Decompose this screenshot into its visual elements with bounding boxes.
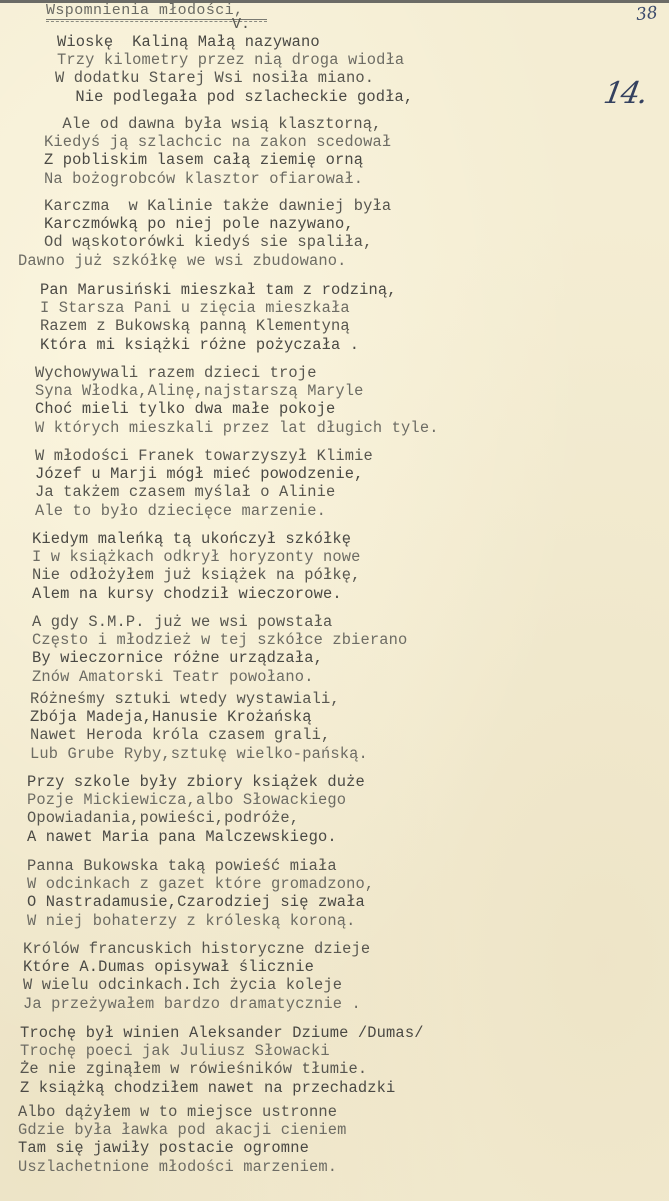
- poem-line: Które A.Dumas opisywał ślicznie: [23, 958, 370, 976]
- poem-line: Z pobliskim lasem całą ziemię orną: [44, 151, 391, 169]
- stanza: Karczma w Kalinie także dawniej byłaKarc…: [44, 197, 391, 270]
- chapter-number: V.: [232, 17, 250, 33]
- stanza: A gdy S.M.P. już we wsi powstałaCzęsto i…: [32, 613, 407, 686]
- stanza: Wioskę Kaliną Małą nazywanoTrzy kilometr…: [57, 33, 413, 106]
- stanza: Albo dążyłem w to miejsce ustronneGdzie …: [18, 1103, 347, 1176]
- poem-line: A gdy S.M.P. już we wsi powstała: [32, 613, 407, 631]
- poem-line: Karczmówką po niej pole nazywano,: [44, 215, 391, 233]
- poem-line: W których mieszkali przez lat długich ty…: [35, 419, 439, 437]
- poem-line: Syna Włodka,Alinę,najstarszą Maryle: [35, 382, 439, 400]
- poem-line: O Nastradamusie,Czarodziej się zwała: [27, 893, 374, 911]
- poem-line: Dawno już szkółkę we wsi zbudowano.: [18, 252, 391, 270]
- poem-line: Choć mieli tylko dwa małe pokoje: [35, 400, 439, 418]
- stanza: Trochę był winien Aleksander Dziume /Dum…: [20, 1024, 424, 1097]
- stanza: Kiedym maleńką tą ukończył szkółkęI w ks…: [32, 530, 361, 603]
- poem-line: Przy szkole były zbiory książek duże: [27, 773, 365, 791]
- poem-line: By wieczornice różne urządzała,: [32, 649, 407, 667]
- poem-line: Ja takżem czasem myślał o Alinie: [35, 483, 373, 501]
- poem-line: Józef u Marji mógł mieć powodzenie,: [35, 465, 373, 483]
- poem-line: Z książką chodziłem nawet na przechadzki: [20, 1079, 424, 1097]
- stanza: Królów francuskich historyczne dziejeKtó…: [23, 940, 370, 1013]
- poem-line: Pozje Mickiewicza,albo Słowackiego: [27, 791, 365, 809]
- poem-line: Że nie zginąłem w rówieśników tłumie.: [20, 1060, 424, 1078]
- poem-line: Trzy kilometry przez nią droga wiodła: [57, 51, 413, 69]
- poem-line: Kiedyś ją szlachcic na zakon scedował: [44, 133, 391, 151]
- poem-line: Która mi książki różne pożyczała .: [40, 336, 397, 354]
- poem-line: Często i młodzież w tej szkółce zbierano: [32, 631, 407, 649]
- poem-line: Opowiadania,powieści,podróże,: [27, 809, 365, 827]
- poem-line: Nawet Heroda króla czasem grali,: [30, 726, 368, 744]
- poem-line: Nie podlegała pod szlacheckie godła,: [66, 88, 413, 106]
- poem-line: W dodatku Starej Wsi nosiła miano.: [55, 69, 413, 87]
- poem-line: Nie odłożyłem już książek na półkę,: [32, 566, 361, 584]
- poem-line: Królów francuskich historyczne dzieje: [23, 940, 370, 958]
- stanza: Przy szkole były zbiory książek dużePozj…: [27, 773, 365, 846]
- stanza: Różneśmy sztuki wtedy wystawiali,Zbója M…: [30, 690, 368, 763]
- poem-line: Gdzie była ławka pod akacji cieniem: [18, 1121, 347, 1139]
- poem-line: Zbója Madeja,Hanusie Krożańską: [30, 708, 368, 726]
- poem-line: Od wąskotorówki kiedyś sie spaliła,: [44, 233, 391, 251]
- poem-line: I w książkach odkrył horyzonty nowe: [32, 548, 361, 566]
- poem-line: Tam się jawiły postacie ogromne: [18, 1139, 347, 1157]
- page-number-top: 38: [635, 3, 659, 25]
- poem-line: Znów Amatorski Teatr powołano.: [32, 668, 407, 686]
- poem-line: Ale od dawna była wsią klasztorną,: [53, 115, 391, 133]
- poem-line: Karczma w Kalinie także dawniej była: [44, 197, 391, 215]
- stanza: Panna Bukowska taką powieść miałaW odcin…: [27, 857, 374, 930]
- poem-line: W niej bohaterzy z króleską koroną.: [27, 912, 374, 930]
- poem-line: Wychowywali razem dzieci troje: [35, 364, 439, 382]
- page-number-handwritten: 14.: [601, 76, 649, 111]
- poem-line: Pan Marusiński mieszkał tam z rodziną,: [40, 281, 397, 299]
- poem-line: Albo dążyłem w to miejsce ustronne: [18, 1103, 347, 1121]
- stanza: Ale od dawna była wsią klasztorną,Kiedyś…: [44, 115, 391, 188]
- poem-line: Trochę poeci jak Juliusz Słowacki: [20, 1042, 424, 1060]
- poem-line: W młodości Franek towarzyszył Klimie: [35, 447, 373, 465]
- poem-line: I Starsza Pani u zięcia mieszkała: [40, 299, 397, 317]
- poem-line: Ale to było dziecięce marzenie.: [35, 502, 373, 520]
- stanza: W młodości Franek towarzyszył KlimieJóze…: [35, 447, 373, 520]
- poem-line: Wioskę Kaliną Małą nazywano: [57, 33, 413, 51]
- poem-line: Ja przeżywałem bardzo dramatycznie .: [23, 995, 370, 1013]
- poem-line: Lub Grube Ryby,sztukę wielko-pańską.: [30, 745, 368, 763]
- poem-line: Na bożogrobców klasztor ofiarował.: [44, 170, 391, 188]
- poem-line: Panna Bukowska taką powieść miała: [27, 857, 374, 875]
- stanza: Pan Marusiński mieszkał tam z rodziną,I …: [40, 281, 397, 354]
- stanza: Wychowywali razem dzieci trojeSyna Włodk…: [35, 364, 439, 437]
- poem-line: Uszlachetnione młodości marzeniem.: [18, 1158, 347, 1176]
- poem-line: Trochę był winien Aleksander Dziume /Dum…: [20, 1024, 424, 1042]
- poem-line: A nawet Maria pana Malczewskiego.: [27, 828, 365, 846]
- poem-line: Różneśmy sztuki wtedy wystawiali,: [30, 690, 368, 708]
- poem-line: W odcinkach z gazet które gromadzono,: [27, 875, 374, 893]
- poem-line: W wielu odcinkach.Ich życia koleje: [23, 976, 370, 994]
- poem-line: Alem na kursy chodził wieczorowe.: [32, 585, 361, 603]
- poem-line: Kiedym maleńką tą ukończył szkółkę: [32, 530, 361, 548]
- poem-line: Razem z Bukowską panną Klementyną: [40, 317, 397, 335]
